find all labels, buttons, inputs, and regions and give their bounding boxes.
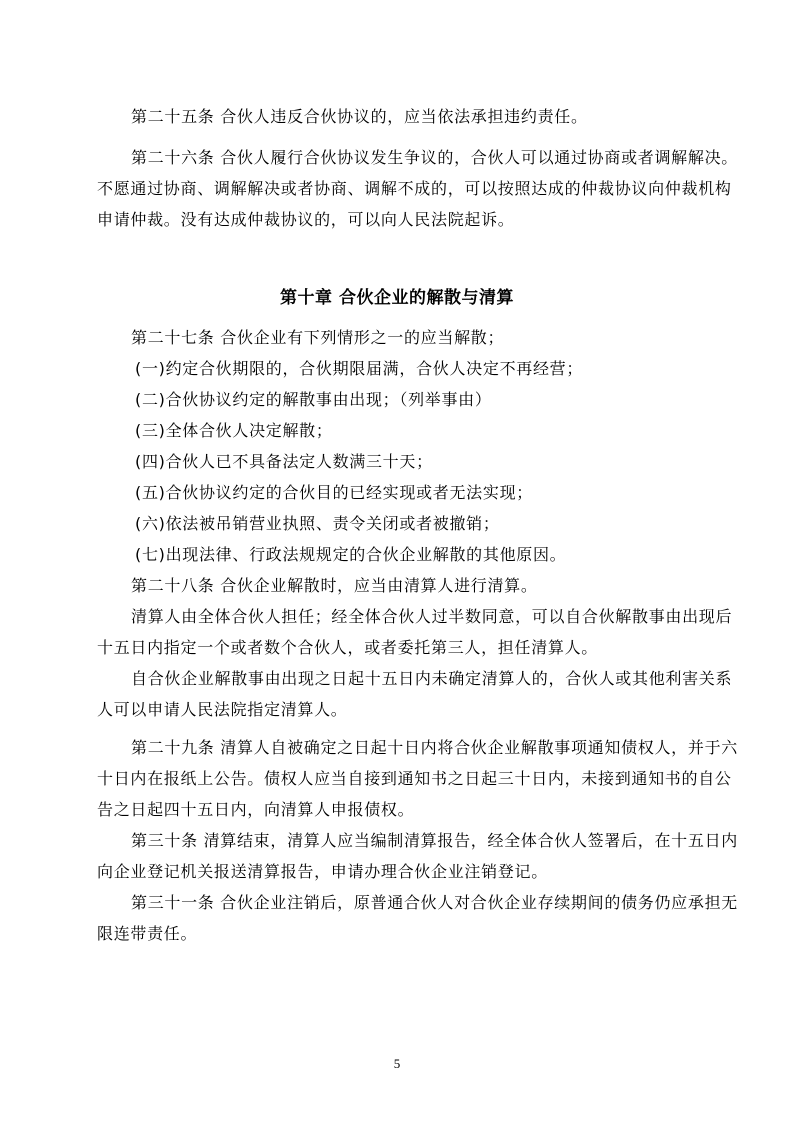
article-31-line-2: 限连带责任。 (97, 924, 197, 944)
article-27-item-3: (三)全体合伙人决定解散； (135, 421, 333, 441)
article-28-para3-line-2: 人可以申请人民法院指定清算人。 (97, 700, 348, 720)
article-27-item-2: (二)合伙协议约定的解散事由出现；（列举事由） (135, 390, 492, 410)
article-27-item-6: (六)依法被吊销营业执照、责令关闭或者被撤销； (135, 514, 500, 534)
article-31-line-1: 第三十一条 合伙企业注销后，原普通合伙人对合伙企业存续期间的债务仍应承担无 (131, 893, 738, 913)
article-27-item-4: (四)合伙人已不具备法定人数满三十天； (135, 452, 433, 472)
document-page: 第二十五条 合伙人违反合伙协议的，应当依法承担违约责任。 第二十六条 合伙人履行… (0, 0, 794, 1123)
article-29-line-1: 第二十九条 清算人自被确定之日起十日内将合伙企业解散事项通知债权人，并于六 (131, 738, 738, 758)
article-28-line-1: 第二十八条 合伙企业解散时，应当由清算人进行清算。 (131, 576, 538, 596)
article-27-line-1: 第二十七条 合伙企业有下列情形之一的应当解散； (131, 328, 504, 348)
chapter-heading: 第十章 合伙企业的解散与清算 (0, 288, 794, 308)
page-number: 5 (0, 1056, 794, 1072)
article-29-line-2: 十日内在报纸上公告。债权人应当自接到通知书之日起三十日内，未接到通知书的自公 (97, 769, 732, 789)
article-27-item-7: (七)出现法律、行政法规规定的合伙企业解散的其他原因。 (135, 545, 566, 565)
article-28-para2-line-2: 十五日内指定一个或者数个合伙人，或者委托第三人，担任清算人。 (97, 638, 598, 658)
article-27-item-1: (一)约定合伙期限的，合伙期限届满，合伙人决定不再经营； (135, 359, 583, 379)
article-30-line-2: 向企业登记机关报送清算报告，申请办理合伙企业注销登记。 (97, 862, 548, 882)
article-26-line-2: 不愿通过协商、调解解决或者协商、调解不成的，可以按照达成的仲裁协议向仲裁机构 (97, 179, 732, 199)
article-26-line-1: 第二十六条 合伙人履行合伙协议发生争议的，合伙人可以通过协商或者调解解决。 (131, 148, 738, 168)
article-26-line-3: 申请仲裁。没有达成仲裁协议的，可以向人民法院起诉。 (97, 210, 515, 230)
article-29-line-3: 告之日起四十五日内，向清算人申报债权。 (97, 800, 414, 820)
article-30-line-1: 第三十条 清算结束，清算人应当编制清算报告，经全体合伙人签署后，在十五日内 (131, 831, 738, 851)
article-28-para2-line-1: 清算人由全体合伙人担任；经全体合伙人过半数同意，可以自合伙解散事由出现后 (131, 607, 732, 627)
article-27-item-5: (五)合伙协议约定的合伙目的已经实现或者无法实现； (135, 483, 533, 503)
article-25-line-1: 第二十五条 合伙人违反合伙协议的，应当依法承担违约责任。 (131, 107, 588, 127)
article-28-para3-line-1: 自合伙企业解散事由出现之日起十五日内未确定清算人的，合伙人或其他利害关系 (131, 669, 732, 689)
